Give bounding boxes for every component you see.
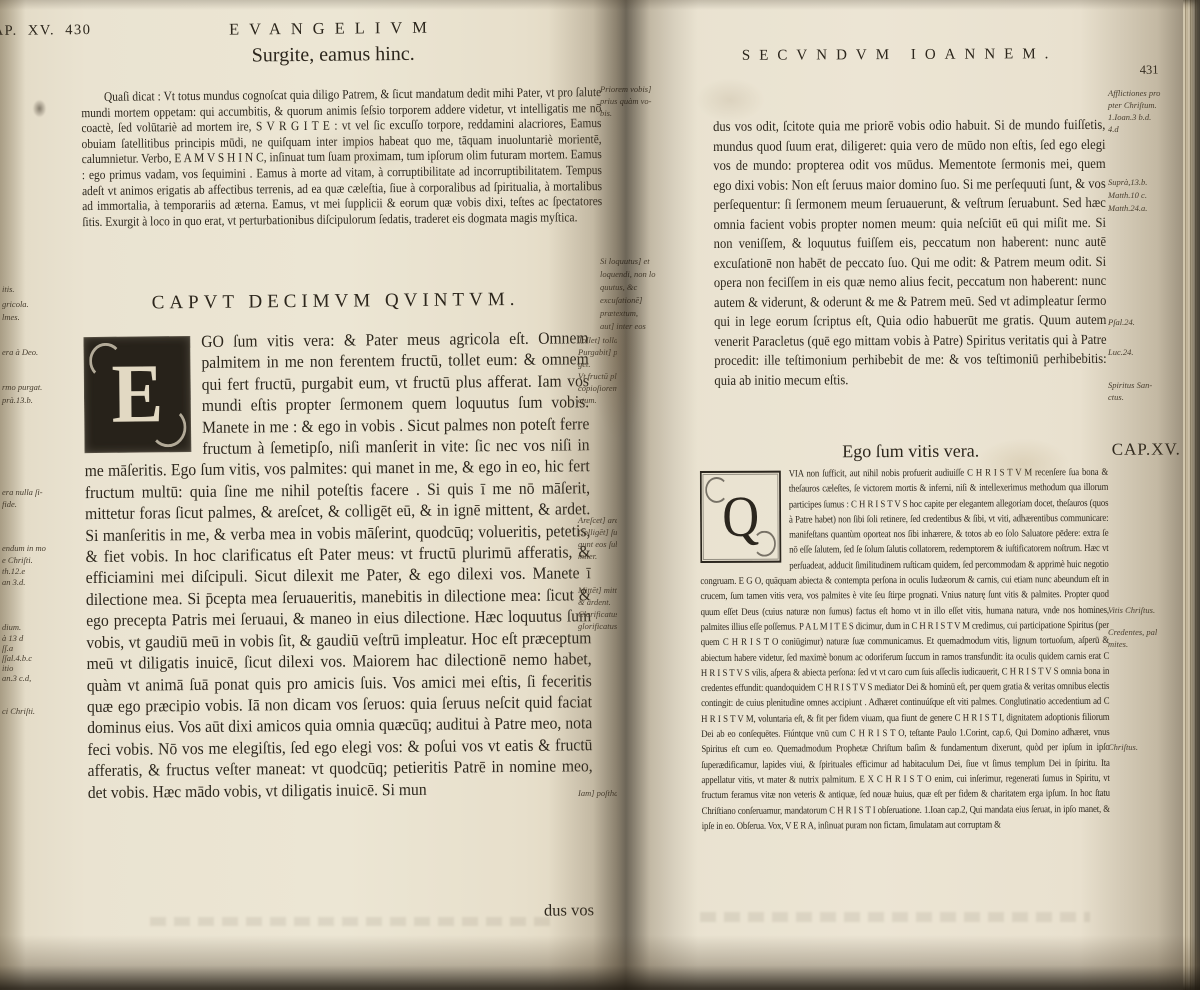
right-page: SECVNDVM IOANNEM. 431 dus vos odit, ſcit…	[617, 0, 1183, 990]
folio-chapter-label: CAP. XV. 430	[0, 22, 92, 40]
introduction-paragraph: Quaſi dicat : Vt totus mundus cognoſcat …	[81, 84, 602, 229]
pericope-title-left: Surgite, eamus hinc.	[81, 41, 586, 69]
woodcut-initial-q: Q	[700, 471, 781, 563]
chapter-heading: CAPVT DECIMVM QVINTVM.	[83, 288, 588, 315]
catchword: dus vos	[89, 900, 594, 925]
gospel-text-right: dus vos odit, ſcitote quia me priorē vob…	[713, 116, 1107, 448]
chapter-label-right: CAP.XV.	[1112, 440, 1181, 460]
initial-letter: Q	[722, 488, 759, 546]
pericope-title-right: Ego ſum vitis vera.	[715, 440, 1107, 463]
page-number: 431	[1140, 63, 1159, 78]
gospel-text-left: EGO ſum vitis vera: & Pater meus agricol…	[83, 327, 594, 904]
page-edge-stack	[1183, 0, 1200, 990]
commentary-text: QVIA non ſufficit, aut nihil nobis profu…	[700, 465, 1111, 935]
left-page: CAP. XV. 430 EVANGELIVM Surgite, eamus h…	[0, 0, 617, 990]
woodcut-initial-e: E	[83, 336, 191, 453]
right-page-content: SECVNDVM IOANNEM. 431 dus vos odit, ſcit…	[614, 0, 1185, 990]
running-title-left: EVANGELIVM	[80, 16, 585, 41]
initial-letter: E	[111, 352, 163, 436]
left-page-content: CAP. XV. 430 EVANGELIVM Surgite, eamus h…	[0, 0, 622, 990]
book-photograph: CAP. XV. 430 EVANGELIVM Surgite, eamus h…	[0, 0, 1200, 990]
running-title-right: SECVNDVM IOANNEM.	[690, 46, 1110, 65]
